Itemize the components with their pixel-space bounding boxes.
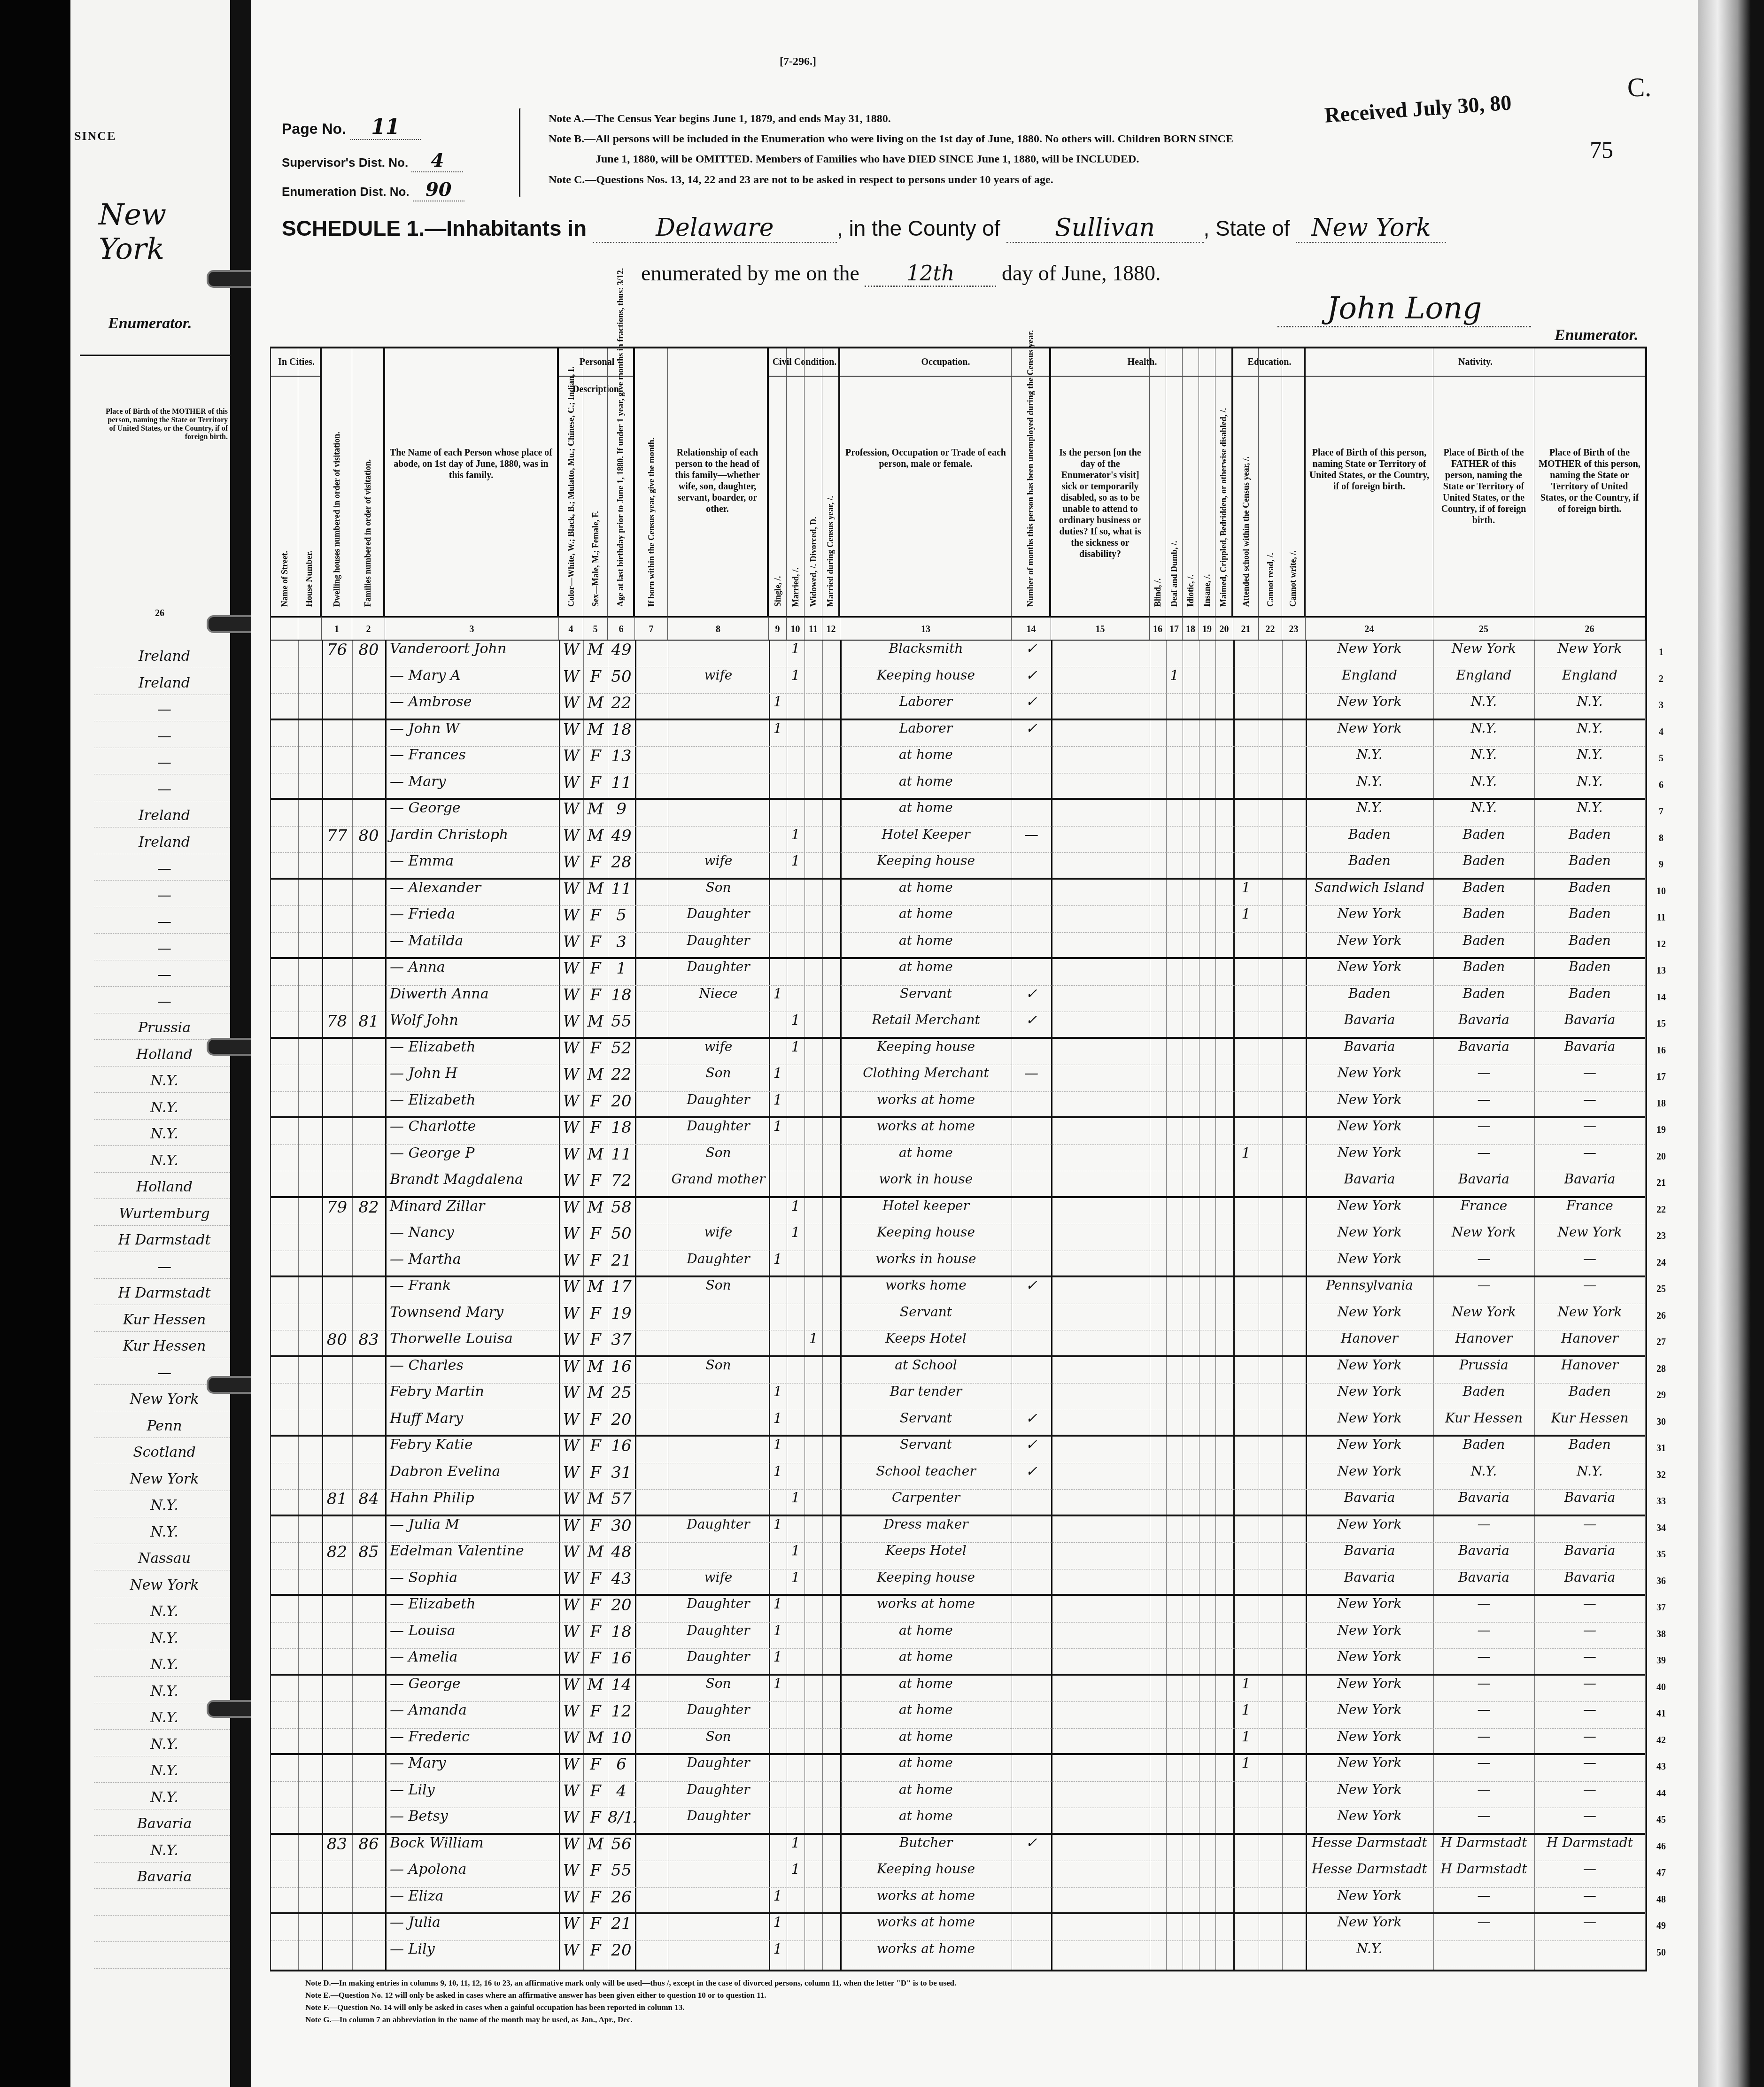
facing-row: — [94, 940, 235, 960]
cell-name: — Charles [385, 1357, 564, 1384]
cell-father: — [1433, 1092, 1534, 1118]
row-number: 46 [1652, 1841, 1671, 1852]
table-row: — Julia MWF30Daughter1Dress makerNew Yor… [271, 1516, 1645, 1543]
facing-row: — [94, 913, 235, 934]
column-header-label: Deaf and Dumb, /. [1169, 541, 1179, 607]
cell-school [1233, 694, 1259, 720]
cell-c14 [1012, 1384, 1051, 1410]
cell-mother: — [1534, 1118, 1645, 1144]
enumerated-prefix: enumerated by me on the [641, 261, 859, 285]
cell-color: W [559, 1649, 583, 1675]
cell-age: 25 [608, 1384, 635, 1410]
cell-school [1233, 1835, 1259, 1861]
note-d: Note D.—In making entries in columns 9, … [305, 1977, 956, 1989]
cell-father: Baden [1433, 880, 1534, 906]
column-header-3: Families numbered in order of visitation… [352, 348, 385, 616]
cell-w [805, 641, 822, 667]
cell-school [1233, 1012, 1259, 1038]
cell-sex: F [583, 1596, 608, 1622]
column-rule [1645, 641, 1646, 1970]
cell-sex: F [583, 1330, 608, 1357]
cell-m [787, 694, 805, 720]
cell-w [805, 959, 822, 985]
cell-rel [668, 1543, 769, 1569]
cell-dw [322, 1224, 352, 1251]
cell-father: New York [1433, 1224, 1534, 1251]
cell-c17 [1166, 1516, 1183, 1543]
cell-sex: F [583, 1463, 608, 1490]
facing-row: — [94, 993, 235, 1013]
cell-c17 [1166, 1224, 1183, 1251]
cell-name: — Amanda [385, 1702, 564, 1728]
cell-father: N.Y. [1433, 1463, 1534, 1490]
cell-age: 48 [608, 1543, 635, 1569]
cell-color: W [559, 800, 583, 826]
cell-s: 1 [769, 1437, 787, 1463]
cell-rel [668, 1463, 769, 1490]
cell-w [805, 1569, 822, 1596]
cell-age: 58 [608, 1198, 635, 1224]
cell-occ: Hotel keeper [840, 1198, 1012, 1224]
cell-fam [352, 1304, 385, 1330]
facing-row: N.Y. [94, 1656, 235, 1677]
cell-color: W [559, 1569, 583, 1596]
column-header-label: Attended school within the Census year, … [1241, 456, 1251, 607]
cell-m [787, 773, 805, 800]
cell-rel: Son [668, 1277, 769, 1304]
cell-fam [352, 1729, 385, 1755]
cell-dw: 80 [322, 1330, 352, 1357]
cell-color: W [559, 1357, 583, 1384]
cell-age: 21 [608, 1914, 635, 1940]
cell-color: W [559, 1543, 583, 1569]
cell-c14: ✓ [1012, 1277, 1051, 1304]
row-number: 18 [1652, 1098, 1671, 1109]
cell-s: 1 [769, 1410, 787, 1437]
cell-rel: Daughter [668, 1092, 769, 1118]
facing-row: N.Y. [94, 1630, 235, 1650]
cell-fam [352, 1384, 385, 1410]
cell-rel: Daughter [668, 1251, 769, 1277]
cell-m [787, 1729, 805, 1755]
cell-sex: M [583, 880, 608, 906]
cell-sex: F [583, 1569, 608, 1596]
cell-color: W [559, 1198, 583, 1224]
cell-w [805, 1702, 822, 1728]
cell-c17 [1166, 880, 1183, 906]
cell-c14: ✓ [1012, 1437, 1051, 1463]
column-header-27: Place of Birth of the MOTHER of this per… [1534, 348, 1645, 616]
cell-name: Vanderoort John [385, 641, 564, 667]
cell-rel [668, 1888, 769, 1914]
column-number: 26 [1534, 616, 1645, 641]
cell-birth: New York [1306, 1410, 1433, 1437]
cell-m [787, 1304, 805, 1330]
cell-dw: 79 [322, 1198, 352, 1224]
cell-s: 1 [769, 1623, 787, 1649]
cell-m [787, 1755, 805, 1781]
cell-school [1233, 1861, 1259, 1887]
table-row: — AmbroseWM221Laborer✓New YorkN.Y.N.Y.3 [271, 694, 1645, 720]
cell-s [769, 1755, 787, 1781]
table-row: — JuliaWF211works at homeNew York——49 [271, 1914, 1645, 1941]
cell-age: 52 [608, 1039, 635, 1065]
cell-birth: New York [1306, 959, 1433, 985]
cell-s: 1 [769, 986, 787, 1012]
cell-sex: F [583, 773, 608, 800]
table-row: Brandt MagdalenaWF72Grand motherwork in … [271, 1171, 1645, 1198]
cell-occ: at home [840, 773, 1012, 800]
cell-c14 [1012, 1145, 1051, 1171]
cell-mother: N.Y. [1534, 1463, 1645, 1490]
cell-c14: ✓ [1012, 986, 1051, 1012]
cell-dw [322, 1065, 352, 1091]
cell-school [1233, 1330, 1259, 1357]
cell-sex: F [583, 933, 608, 959]
cell-dw [322, 959, 352, 985]
cell-w [805, 1914, 822, 1940]
cell-fam: 81 [352, 1012, 385, 1038]
cell-age: 20 [608, 1596, 635, 1622]
cell-occ: works at home [840, 1596, 1012, 1622]
cell-color: W [559, 1092, 583, 1118]
facing-row: Holland [94, 1179, 235, 1199]
cell-c14: — [1012, 1065, 1051, 1091]
form-number: [7-296.] [780, 55, 816, 68]
cell-father: N.Y. [1433, 747, 1534, 773]
cell-w [805, 1782, 822, 1808]
cell-age: 11 [608, 773, 635, 800]
cell-birth: New York [1306, 906, 1433, 932]
facing-row: Ireland [94, 834, 235, 854]
cell-s: 1 [769, 1463, 787, 1490]
cell-rel: wife [668, 1039, 769, 1065]
note-e: Note E.—Question No. 12 will only be ask… [305, 1989, 956, 2002]
cell-name: — George [385, 800, 564, 826]
cell-name: Diwerth Anna [385, 986, 564, 1012]
cell-rel: wife [668, 853, 769, 879]
row-number: 27 [1652, 1337, 1671, 1348]
cell-w [805, 827, 822, 853]
page-no-field: Page No. 11 [282, 115, 421, 140]
cell-age: 20 [608, 1092, 635, 1118]
facing-row: N.Y. [94, 1762, 235, 1783]
cell-fam: 86 [352, 1835, 385, 1861]
facing-row [94, 1948, 235, 1969]
cell-fam [352, 1782, 385, 1808]
column-number: 13 [840, 616, 1012, 641]
cell-m [787, 1782, 805, 1808]
cell-occ: work in house [840, 1171, 1012, 1198]
cell-c17 [1166, 1171, 1183, 1198]
cell-father: N.Y. [1433, 720, 1534, 747]
cell-s: 1 [769, 1649, 787, 1675]
cell-school: 1 [1233, 1702, 1259, 1728]
table-row: — MaryWF11at homeN.Y.N.Y.N.Y.6 [271, 773, 1645, 800]
cell-w [805, 1012, 822, 1038]
cell-rel [668, 1410, 769, 1437]
cell-school [1233, 1410, 1259, 1437]
cell-s [769, 641, 787, 667]
cell-m: 1 [787, 1224, 805, 1251]
cell-color: W [559, 1914, 583, 1940]
cell-school [1233, 933, 1259, 959]
cell-s [769, 1808, 787, 1834]
cell-dw [322, 1171, 352, 1198]
cell-w [805, 933, 822, 959]
cell-age: 56 [608, 1835, 635, 1861]
cell-occ: Servant [840, 1437, 1012, 1463]
cell-school: 1 [1233, 1755, 1259, 1781]
facing-row: Bavaria [94, 1816, 235, 1836]
facing-page-header-fragment: SINCE [74, 129, 116, 143]
facing-row: Ireland [94, 807, 235, 827]
facing-row: H Darmstadt [94, 1232, 235, 1252]
facing-row: N.Y. [94, 1842, 235, 1863]
cell-father: Baden [1433, 959, 1534, 985]
cell-school [1233, 1118, 1259, 1144]
facing-row: H Darmstadt [94, 1285, 235, 1305]
cell-dw [322, 747, 352, 773]
cell-m [787, 933, 805, 959]
column-number: 21 [1233, 616, 1259, 641]
row-number: 30 [1652, 1417, 1671, 1428]
cell-m [787, 1596, 805, 1622]
column-header-15: Number of months this person has been un… [1012, 348, 1051, 616]
cell-w [805, 1888, 822, 1914]
cell-birth: New York [1306, 1384, 1433, 1410]
column-header-label: Relationship of each person to the head … [671, 447, 764, 515]
cell-fam [352, 853, 385, 879]
cell-name: Edelman Valentine [385, 1543, 564, 1569]
cell-sex: M [583, 1277, 608, 1304]
cell-occ: Keeping house [840, 1569, 1012, 1596]
cell-rel: Son [668, 1729, 769, 1755]
facing-row: Ireland [94, 648, 235, 668]
cell-m [787, 1410, 805, 1437]
column-number: 3 [385, 616, 559, 641]
cell-father: — [1433, 1516, 1534, 1543]
cell-father: H Darmstadt [1433, 1861, 1534, 1887]
cell-sex: F [583, 1410, 608, 1437]
column-header-label: Is the person [on the day of the Enumera… [1054, 447, 1146, 560]
cell-school [1233, 959, 1259, 985]
cell-color: W [559, 1623, 583, 1649]
facing-row: Penn [94, 1418, 235, 1438]
cell-occ: at home [840, 1145, 1012, 1171]
row-number: 22 [1652, 1205, 1671, 1215]
cell-c17 [1166, 1835, 1183, 1861]
cell-father: — [1433, 1808, 1534, 1834]
cell-m [787, 1676, 805, 1702]
cell-birth: New York [1306, 1224, 1433, 1251]
cell-fam [352, 933, 385, 959]
stamped-page-number: 75 [1590, 136, 1613, 163]
cell-w [805, 986, 822, 1012]
cell-school [1233, 1941, 1259, 1967]
cell-mother: — [1534, 1782, 1645, 1808]
enumerator-signature: John Long [1277, 291, 1531, 327]
cell-school [1233, 1437, 1259, 1463]
cell-c14 [1012, 1676, 1051, 1702]
cell-school [1233, 1463, 1259, 1490]
cell-color: W [559, 1224, 583, 1251]
cell-rel [668, 827, 769, 853]
cell-occ: Servant [840, 1304, 1012, 1330]
table-row: 7982Minard ZillarWM581Hotel keeperNew Yo… [271, 1198, 1645, 1225]
cell-occ: works in house [840, 1251, 1012, 1277]
cell-c17 [1166, 1543, 1183, 1569]
cell-name: — Eliza [385, 1888, 564, 1914]
cell-c14 [1012, 747, 1051, 773]
table-row: — FredericWM10Sonat home1New York——42 [271, 1729, 1645, 1755]
facing-row: N.Y. [94, 1126, 235, 1146]
cell-w [805, 1198, 822, 1224]
cell-age: 1 [608, 959, 635, 985]
cell-c17 [1166, 906, 1183, 932]
cell-sex: M [583, 827, 608, 853]
cell-s: 1 [769, 1118, 787, 1144]
cell-name: — Frances [385, 747, 564, 773]
supervisor-dist-field: Supervisor's Dist. No. 4 [282, 149, 463, 172]
cell-m [787, 1463, 805, 1490]
cell-c17 [1166, 1676, 1183, 1702]
cell-s [769, 1835, 787, 1861]
cell-birth: New York [1306, 641, 1433, 667]
cell-dw [322, 1251, 352, 1277]
cell-w [805, 1755, 822, 1781]
row-number: 33 [1652, 1496, 1671, 1507]
column-header-label: Place of Birth of the FATHER of this per… [1436, 447, 1531, 526]
cell-m [787, 1623, 805, 1649]
cell-birth: New York [1306, 694, 1433, 720]
row-number: 15 [1652, 1019, 1671, 1029]
cell-occ: Laborer [840, 694, 1012, 720]
cell-m [787, 1437, 805, 1463]
column-number: 6 [608, 616, 635, 641]
cell-birth: New York [1306, 1755, 1433, 1781]
cell-c14 [1012, 1755, 1051, 1781]
table-row: — Mary AWF50wife1Keeping house✓1EnglandE… [271, 667, 1645, 694]
cell-dw [322, 1755, 352, 1781]
cell-c14 [1012, 1039, 1051, 1065]
cell-school [1233, 1277, 1259, 1304]
cell-w [805, 1065, 822, 1091]
column-header-label: Widowed, /. Divorced, D. [808, 517, 818, 607]
cell-c14 [1012, 1808, 1051, 1834]
cell-age: 3 [608, 933, 635, 959]
cell-c17 [1166, 1330, 1183, 1357]
cell-s [769, 1330, 787, 1357]
cell-c17 [1166, 933, 1183, 959]
row-number: 1 [1652, 647, 1671, 658]
column-number [271, 616, 298, 641]
note-c: Note C.—Questions Nos. 13, 14, 22 and 23… [549, 174, 1053, 186]
table-row: 8184Hahn PhilipWM571CarpenterBavariaBava… [271, 1490, 1645, 1516]
cell-mother: Bavaria [1534, 1171, 1645, 1198]
cell-c17 [1166, 1118, 1183, 1144]
cell-s: 1 [769, 1384, 787, 1410]
cell-rel [668, 1914, 769, 1940]
cell-sex: F [583, 1171, 608, 1198]
cell-birth: New York [1306, 1516, 1433, 1543]
cell-m: 1 [787, 1543, 805, 1569]
column-header-label: Married during Census year, /. [826, 496, 836, 607]
cell-w [805, 906, 822, 932]
cell-birth: New York [1306, 1065, 1433, 1091]
cell-sex: F [583, 1092, 608, 1118]
cell-mother: Baden [1534, 959, 1645, 985]
cell-m [787, 986, 805, 1012]
table-row: Townsend MaryWF19ServantNew YorkNew York… [271, 1304, 1645, 1331]
cell-color: W [559, 641, 583, 667]
cell-age: 16 [608, 1649, 635, 1675]
cell-sex: F [583, 1649, 608, 1675]
cell-age: 18 [608, 720, 635, 747]
cell-w [805, 1463, 822, 1490]
row-number: 10 [1652, 886, 1671, 897]
cell-dw [322, 1782, 352, 1808]
cell-birth: New York [1306, 1118, 1433, 1144]
cell-school [1233, 1516, 1259, 1543]
cell-color: W [559, 1251, 583, 1277]
cell-fam [352, 959, 385, 985]
facing-row: Scotland [94, 1444, 235, 1464]
cell-m [787, 1384, 805, 1410]
cell-age: 49 [608, 641, 635, 667]
row-number: 31 [1652, 1443, 1671, 1454]
facing-column-header: Place of Birth of the MOTHER of this per… [101, 408, 228, 441]
cell-father: Hanover [1433, 1330, 1534, 1357]
column-number: 8 [668, 616, 769, 641]
facing-row: N.Y. [94, 1603, 235, 1623]
cell-c17 [1166, 694, 1183, 720]
cell-w [805, 1808, 822, 1834]
cell-rel: Daughter [668, 933, 769, 959]
column-header-label: If born within the Census year, give the… [646, 438, 656, 607]
cell-name: — Lily [385, 1941, 564, 1967]
cell-fam [352, 773, 385, 800]
cell-sex: M [583, 1065, 608, 1091]
cell-father: — [1433, 1649, 1534, 1675]
cell-name: — John H [385, 1065, 564, 1091]
row-number: 24 [1652, 1258, 1671, 1268]
cell-school: 1 [1233, 1145, 1259, 1171]
cell-age: 4 [608, 1782, 635, 1808]
table-row: — LilyWF201works at homeN.Y.50 [271, 1941, 1645, 1968]
cell-name: Thorwelle Louisa [385, 1330, 564, 1357]
cell-rel [668, 720, 769, 747]
cell-fam [352, 1410, 385, 1437]
cell-father: England [1433, 667, 1534, 694]
cell-color: W [559, 1808, 583, 1834]
column-header-label: The Name of each Person whose place of a… [388, 447, 554, 481]
row-number: 37 [1652, 1602, 1671, 1613]
county-value: Sullivan [1006, 214, 1204, 243]
cell-age: 9 [608, 800, 635, 826]
cell-s [769, 773, 787, 800]
cell-occ: Dress maker [840, 1516, 1012, 1543]
cell-rel [668, 694, 769, 720]
row-number: 36 [1652, 1576, 1671, 1587]
enumeration-dist-label: Enumeration Dist. No. [282, 185, 410, 199]
table-row: — BetsyWF8/12Daughterat homeNew York——45 [271, 1808, 1645, 1835]
column-number: 16 [1150, 616, 1166, 641]
cell-father: N.Y. [1433, 800, 1534, 826]
cell-fam [352, 1569, 385, 1596]
cell-father: Bavaria [1433, 1569, 1534, 1596]
cell-rel: Daughter [668, 906, 769, 932]
